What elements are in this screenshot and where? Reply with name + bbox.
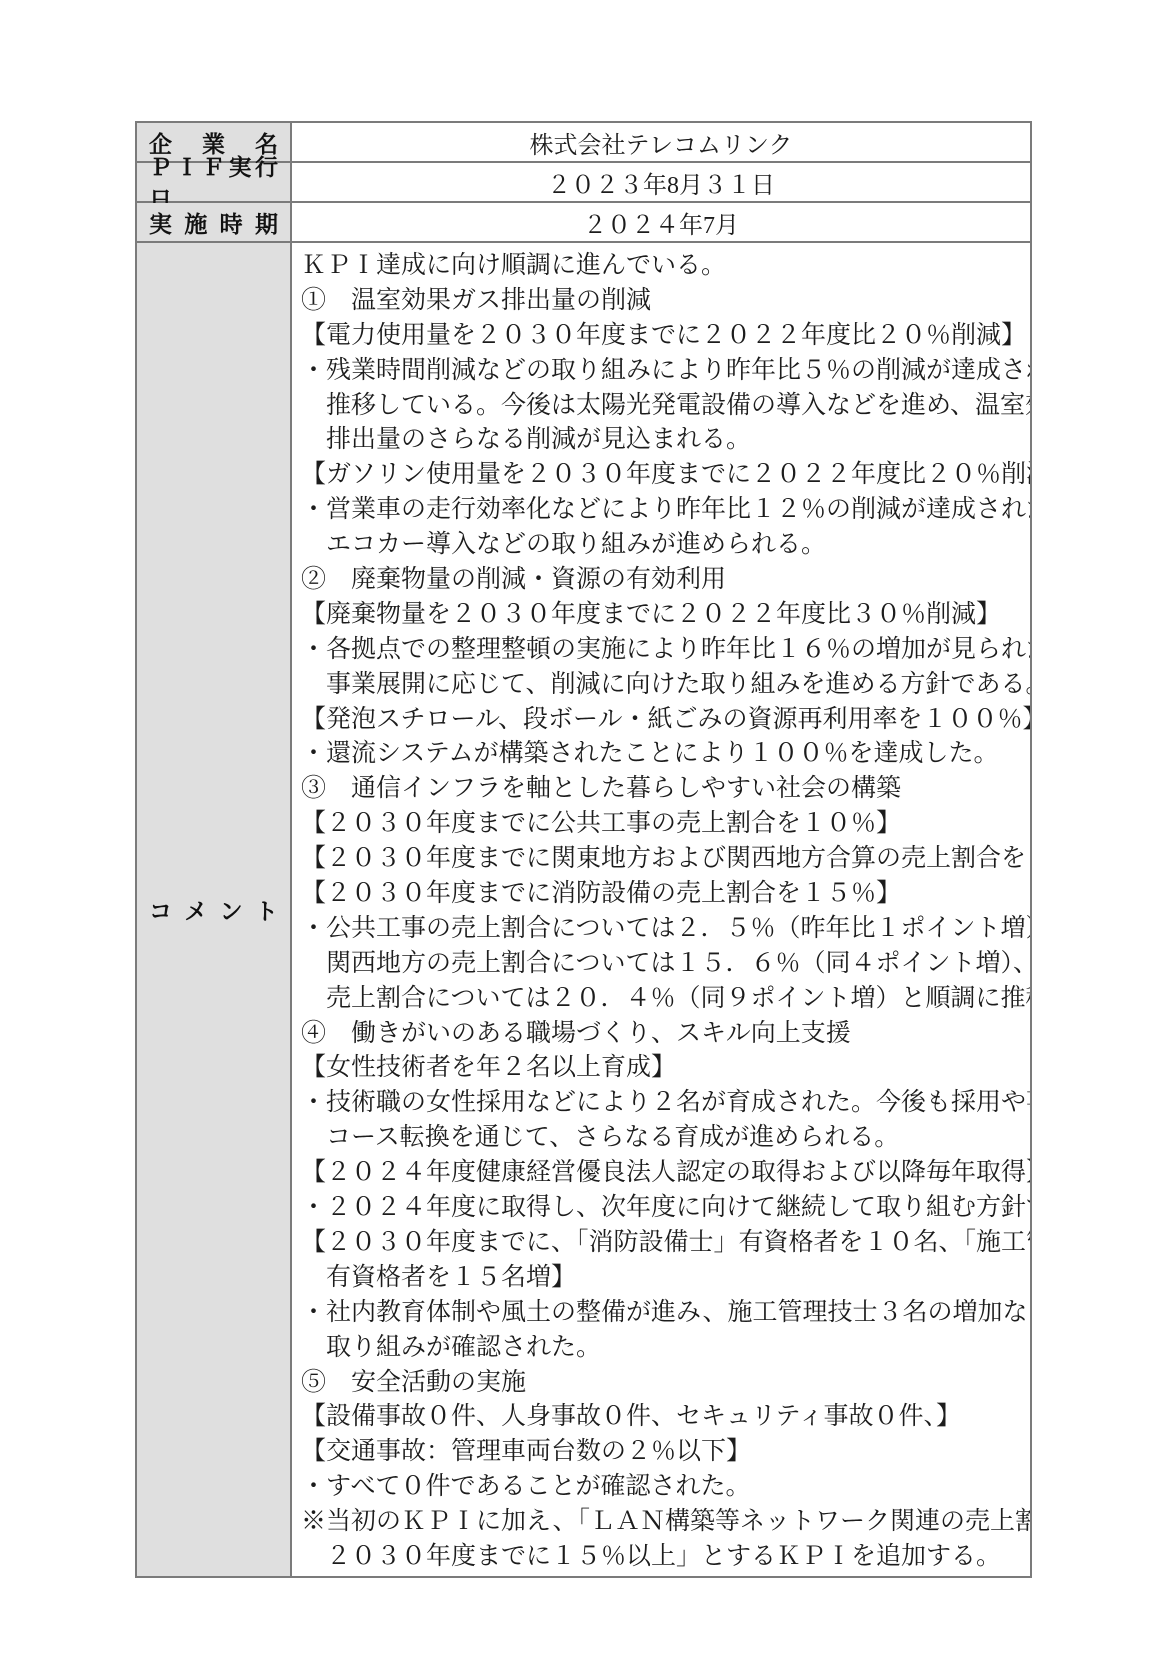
comment-line: 【２０３０年度までに公共工事の売上割合を１０％】 <box>301 807 1024 842</box>
comment-line: 事業展開に応じて、削減に向けた取り組みを進める方針である。 <box>301 668 1024 703</box>
comment-line: ・社内教育体制や風土の整備が進み、施工管理技士３名の増加など、順調な <box>301 1296 1024 1331</box>
implementation-period-value: ２０２４年7月 <box>292 203 1030 241</box>
comment-line: ・営業車の走行効率化などにより昨年比１２％の削減が達成された。今後は <box>301 493 1024 528</box>
kpi-report-table: 企業名 株式会社テレコムリンク ＰＩＦ実行日 ２０２３年8月３１日 実施時期 ２… <box>135 121 1032 1578</box>
comment-line: 排出量のさらなる削減が見込まれる。 <box>301 423 1024 458</box>
comment-line: コース転換を通じて、さらなる育成が進められる。 <box>301 1121 1024 1156</box>
comment-line: ・２０２４年度に取得し、次年度に向けて継続して取り組む方針である。 <box>301 1191 1024 1226</box>
comment-line: 【廃棄物量を２０３０年度までに２０２２年度比３０％削減】 <box>301 598 1024 633</box>
comment-line: 【発泡スチロール、段ボール・紙ごみの資源再利用率を１００％】 <box>301 703 1024 738</box>
comment-line: 【電力使用量を２０３０年度までに２０２２年度比２０％削減】 <box>301 319 1024 354</box>
implementation-period-label: 実施時期 <box>149 206 278 239</box>
comment-line: 【ガソリン使用量を２０３０年度までに２０２２年度比２０％削減】 <box>301 458 1024 493</box>
comment-line: ④ 働きがいのある職場づくり、スキル向上支援 <box>301 1017 1024 1052</box>
comment-row: コメント ＫＰＩ達成に向け順調に進んでいる。① 温室効果ガス排出量の削減【電力使… <box>137 243 1030 1576</box>
comment-line: ② 廃棄物量の削減・資源の有効利用 <box>301 563 1024 598</box>
comment-label: コメント <box>149 893 278 926</box>
implementation-period-label-cell: 実施時期 <box>137 203 292 241</box>
comment-line: 【女性技術者を年２名以上育成】 <box>301 1051 1024 1086</box>
comment-line: 【２０３０年度までに関東地方および関西地方合算の売上割合を２５％】 <box>301 842 1024 877</box>
comment-line: 有資格者を１５名増】 <box>301 1261 1024 1296</box>
company-name-value: 株式会社テレコムリンク <box>292 123 1030 161</box>
comment-line: ２０３０年度までに１５％以上」とするＫＰＩを追加する。 <box>301 1540 1024 1575</box>
comment-line: ・技術職の女性採用などにより２名が育成された。今後も採用や事務職からの <box>301 1086 1024 1121</box>
comment-line: エコカー導入などの取り組みが進められる。 <box>301 528 1024 563</box>
comment-line: ⑤ 安全活動の実施 <box>301 1366 1024 1401</box>
comment-line: ・各拠点での整理整頓の実施により昨年比１６％の増加が見られた。今後は <box>301 633 1024 668</box>
comment-label-cell: コメント <box>137 243 292 1576</box>
comment-line: ＫＰＩ達成に向け順調に進んでいる。 <box>301 249 1024 284</box>
comment-line: 【設備事故０件、人身事故０件、セキュリティ事故０件、】 <box>301 1400 1024 1435</box>
comment-line: ・還流システムが構築されたことにより１００％を達成した。 <box>301 737 1024 772</box>
comment-body: ＫＰＩ達成に向け順調に進んでいる。① 温室効果ガス排出量の削減【電力使用量を２０… <box>292 243 1030 1576</box>
comment-line: 【２０２４年度健康経営優良法人認定の取得および以降毎年取得】 <box>301 1156 1024 1191</box>
comment-line: 売上割合については２０．４％（同９ポイント増）と順調に推移している。 <box>301 982 1024 1017</box>
implementation-period-row: 実施時期 ２０２４年7月 <box>137 203 1030 243</box>
document-page: 企業名 株式会社テレコムリンク ＰＩＦ実行日 ２０２３年8月３１日 実施時期 ２… <box>0 0 1170 1653</box>
comment-line: ① 温室効果ガス排出量の削減 <box>301 284 1024 319</box>
comment-line: 関西地方の売上割合については１５．６％（同４ポイント増）、消防設備の <box>301 947 1024 982</box>
comment-line: ・残業時間削減などの取り組みにより昨年比５％の削減が達成され、順調に <box>301 354 1024 389</box>
pif-date-value: ２０２３年8月３１日 <box>292 163 1030 201</box>
pif-date-label-cell: ＰＩＦ実行日 <box>137 163 292 201</box>
comment-line: ・公共工事の売上割合については２．５％（昨年比１ポイント増）、関東・ <box>301 912 1024 947</box>
comment-line: 【交通事故：管理車両台数の２％以下】 <box>301 1435 1024 1470</box>
comment-line: ③ 通信インフラを軸とした暮らしやすい社会の構築 <box>301 772 1024 807</box>
comment-line: ※当初のＫＰＩに加え、「ＬＡＮ構築等ネットワーク関連の売上割合を <box>301 1505 1024 1540</box>
comment-line: 【２０３０年度までに、「消防設備士」有資格者を１０名、「施工管理技士」 <box>301 1226 1024 1261</box>
comment-line: 取り組みが確認された。 <box>301 1331 1024 1366</box>
comment-line: 推移している。今後は太陽光発電設備の導入などを進め、温室効果ガス <box>301 389 1024 424</box>
comment-line: ・すべて０件であることが確認された。 <box>301 1470 1024 1505</box>
comment-line: 【２０３０年度までに消防設備の売上割合を１５％】 <box>301 877 1024 912</box>
pif-date-row: ＰＩＦ実行日 ２０２３年8月３１日 <box>137 163 1030 203</box>
